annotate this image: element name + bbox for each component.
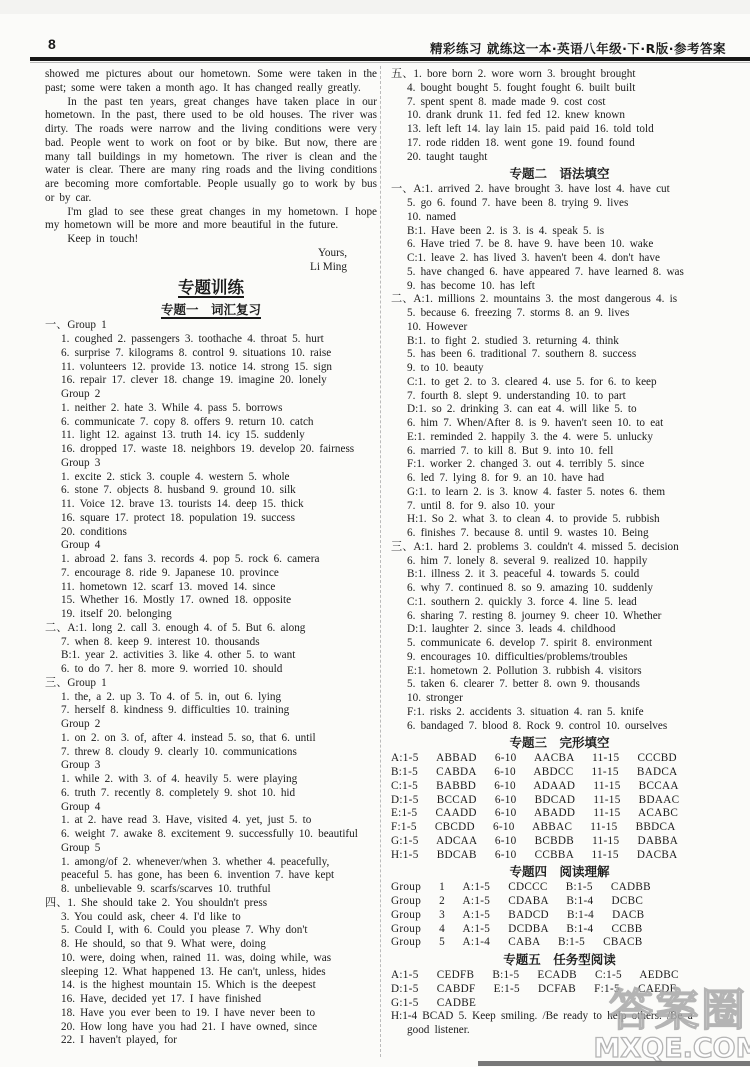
answer-line: 11. Voice 12. brave 13. tourists 14. dee… bbox=[45, 498, 377, 512]
column-divider bbox=[380, 66, 381, 1057]
answer-line: peaceful 5. has gone, has been 6. invent… bbox=[45, 869, 377, 883]
answer-line: 10. stronger bbox=[391, 692, 728, 706]
answer-line: 6. sharing 7. resting 8. journey 9. chee… bbox=[391, 610, 728, 624]
answer-line: Group 3 bbox=[45, 457, 377, 471]
answer-line: 5. communicate 6. develop 7. spirit 8. e… bbox=[391, 637, 728, 651]
subsection-heading: 专题三 完形填空 bbox=[391, 734, 728, 751]
answer-line: 16. square 17. protect 18. population 19… bbox=[45, 512, 377, 526]
answer-line: Group 4 bbox=[45, 539, 377, 553]
letter-paragraph: Keep in touch! bbox=[45, 233, 377, 247]
answer-line: 7. encourage 8. ride 9. Japanese 10. pro… bbox=[45, 567, 377, 581]
answer-line: 6. bandaged 7. blood 8. Rock 9. control … bbox=[391, 720, 728, 734]
answer-line: D:1. laughter 2. since 3. leads 4. child… bbox=[391, 623, 728, 637]
answer-line: 6. stone 7. objects 8. husband 9. ground… bbox=[45, 484, 377, 498]
answer-key-row: B:1-5 CABDA 6-10 ABDCC 11-15 BADCA bbox=[391, 766, 728, 780]
right-column: 五、1. bore born 2. wore worn 3. brought b… bbox=[391, 68, 728, 1038]
answer-line: B:1. illness 2. it 3. peaceful 4. toward… bbox=[391, 568, 728, 582]
answer-line: 1. excite 2. stick 3. couple 4. western … bbox=[45, 471, 377, 485]
answer-line: 11. volunteers 12. provide 13. notice 14… bbox=[45, 361, 377, 375]
answer-line: 二、A:1. millions 2. mountains 3. the most… bbox=[391, 293, 728, 307]
subsection-heading: 专题一 词汇复习 bbox=[45, 301, 377, 318]
answer-line: 7. herself 8. kindness 9. difficulties 1… bbox=[45, 704, 377, 718]
answer-line: 9. has become 10. has left bbox=[391, 280, 728, 294]
header-rule bbox=[30, 57, 750, 61]
answer-line: 三、Group 1 bbox=[45, 677, 377, 691]
answer-line: H:1. So 2. what 3. to clean 4. to provid… bbox=[391, 513, 728, 527]
answer-line: G:1. to learn 2. is 3. know 4. faster 5.… bbox=[391, 486, 728, 500]
answer-line: 1. among/of 2. whenever/when 3. whether … bbox=[45, 856, 377, 870]
answer-line: 6. him 7. lonely 8. several 9. realized … bbox=[391, 555, 728, 569]
watermark-site: MXQE.COM bbox=[593, 1034, 750, 1064]
answer-line: 22. I haven't played, for bbox=[45, 1034, 377, 1048]
page-number: 8 bbox=[48, 36, 56, 52]
answer-line: 1. while 2. with 3. of 4. heavily 5. wer… bbox=[45, 773, 377, 787]
answer-line: 1. on 2. on 3. of, after 4. instead 5. s… bbox=[45, 732, 377, 746]
answer-line: 3. You could ask, cheer 4. I'd like to bbox=[45, 911, 377, 925]
answer-line: 10. named bbox=[391, 211, 728, 225]
answer-line: C:1. leave 2. has lived 3. haven't been … bbox=[391, 252, 728, 266]
answer-line: 11. light 12. against 13. truth 14. icy … bbox=[45, 429, 377, 443]
answer-line: 16. Have, decided yet 17. I have finishe… bbox=[45, 993, 377, 1007]
answer-line: 1. neither 2. hate 3. While 4. pass 5. b… bbox=[45, 402, 377, 416]
answer-line: B:1. year 2. activities 3. like 4. other… bbox=[45, 649, 377, 663]
answer-line: 1. coughed 2. passengers 3. toothache 4.… bbox=[45, 333, 377, 347]
answer-line: 五、1. bore born 2. wore worn 3. brought b… bbox=[391, 68, 728, 82]
answer-line: Group 2 bbox=[45, 388, 377, 402]
answer-line: 7. until 8. for 9. also 10. your bbox=[391, 500, 728, 514]
answer-key-page: 8 精彩练习 就练这一本·英语八年级·下·R版·参考答案 showed me p… bbox=[0, 0, 750, 1067]
answer-line: H:1-4 BCAD 5. Keep smiling. /Be ready to… bbox=[391, 1010, 728, 1024]
answer-line: 5. taken 6. clearer 7. better 8. own 9. … bbox=[391, 678, 728, 692]
answer-line: 6. Have tried 7. be 8. have 9. have been… bbox=[391, 238, 728, 252]
answer-line: 二、A:1. long 2. call 3. enough 4. of 5. B… bbox=[45, 622, 377, 636]
left-column: showed me pictures about our hometown. S… bbox=[45, 68, 377, 1048]
answer-line: 10. However bbox=[391, 321, 728, 335]
answer-line: 6. why 7. continued 8. so 9. amazing 10.… bbox=[391, 582, 728, 596]
answer-line: 7. spent spent 8. made made 9. cost cost bbox=[391, 96, 728, 110]
answer-line: 19. itself 20. belonging bbox=[45, 608, 377, 622]
scan-margin bbox=[0, 0, 750, 14]
answer-line: 5. because 6. freezing 7. storms 8. an 9… bbox=[391, 307, 728, 321]
answer-key-row: G:1-5 ADCAA 6-10 BCBDB 11-15 DABBA bbox=[391, 835, 728, 849]
answer-line: 5. Could I, with 6. Could you please 7. … bbox=[45, 924, 377, 938]
answer-line: 1. at 2. have read 3. Have, visited 4. y… bbox=[45, 814, 377, 828]
letter-paragraph: I'm glad to see these great changes in m… bbox=[45, 206, 377, 234]
answer-line: 四、1. She should take 2. You shouldn't pr… bbox=[45, 897, 377, 911]
answer-line: 11. hometown 12. scarf 13. moved 14. sin… bbox=[45, 581, 377, 595]
subsection-heading: 专题四 阅读理解 bbox=[391, 863, 728, 880]
answer-line: E:1. hometown 2. Pollution 3. rubbish 4.… bbox=[391, 665, 728, 679]
answer-key-row: H:1-5 BDCAB 6-10 CCBBA 11-15 DACBA bbox=[391, 849, 728, 863]
answer-line: 6. surprise 7. kilograms 8. control 9. s… bbox=[45, 347, 377, 361]
answer-key-row: Group 3 A:1-5 BADCD B:1-4 DACB bbox=[391, 909, 728, 923]
answer-line: 9. encourages 10. difficulties/problems/… bbox=[391, 651, 728, 665]
answer-line: E:1. reminded 2. happily 3. the 4. were … bbox=[391, 431, 728, 445]
answer-line: 9. to 10. beauty bbox=[391, 362, 728, 376]
answer-line: 16. repair 17. clever 18. change 19. ima… bbox=[45, 374, 377, 388]
answer-line: 一、A:1. arrived 2. have brought 3. have l… bbox=[391, 183, 728, 197]
answer-line: 6. led 7. lying 8. for 9. an 10. have ha… bbox=[391, 472, 728, 486]
answer-line: 6. him 7. When/After 8. is 9. haven't se… bbox=[391, 417, 728, 431]
answer-line: Group 5 bbox=[45, 842, 377, 856]
letter-paragraph: showed me pictures about our hometown. S… bbox=[45, 68, 377, 96]
section-heading: 专题训练 bbox=[45, 277, 377, 299]
answer-key-row: D:1-5 CABDF E:1-5 DCFAB F:1-5 CAEDF bbox=[391, 983, 728, 997]
answer-line: 5. go 6. found 7. have been 8. trying 9.… bbox=[391, 197, 728, 211]
answer-line: D:1. so 2. drinking 3. can eat 4. will l… bbox=[391, 403, 728, 417]
answer-key-row: A:1-5 CEDFB B:1-5 ECADB C:1-5 AEDBC bbox=[391, 969, 728, 983]
answer-line: good listener. bbox=[391, 1024, 728, 1038]
answer-line: 6. finishes 7. because 8. until 9. waste… bbox=[391, 527, 728, 541]
answer-line: C:1. to get 2. to 3. cleared 4. use 5. f… bbox=[391, 376, 728, 390]
answer-line: 15. Whether 16. Mostly 17. owned 18. opp… bbox=[45, 594, 377, 608]
answer-key-row: Group 2 A:1-5 CDABA B:1-4 DCBC bbox=[391, 895, 728, 909]
letter-paragraph: In the past ten years, great changes hav… bbox=[45, 96, 377, 206]
answer-key-row: Group 1 A:1-5 CDCCC B:1-5 CADBB bbox=[391, 881, 728, 895]
answer-line: 7. fourth 8. slept 9. understanding 10. … bbox=[391, 390, 728, 404]
answer-line: 20. How long have you had 21. I have own… bbox=[45, 1021, 377, 1035]
answer-key-row: C:1-5 BABBD 6-10 ADAAD 11-15 BCCAA bbox=[391, 780, 728, 794]
answer-key-row: Group 5 A:1-4 CABA B:1-5 CBACB bbox=[391, 936, 728, 950]
answer-line: 6. communicate 7. copy 8. offers 9. retu… bbox=[45, 416, 377, 430]
answer-line: 6. to do 7. her 8. more 9. worried 10. s… bbox=[45, 663, 377, 677]
answer-line: 5. have changed 6. have appeared 7. have… bbox=[391, 266, 728, 280]
answer-line: 14. is the highest mountain 15. Which is… bbox=[45, 979, 377, 993]
answer-line: Group 4 bbox=[45, 801, 377, 815]
answer-line: 20. taught taught bbox=[391, 151, 728, 165]
answer-line: sleeping 12. What happened 13. He can't,… bbox=[45, 966, 377, 980]
answer-line: 10. drank drunk 11. fed fed 12. knew kno… bbox=[391, 109, 728, 123]
answer-line: Group 2 bbox=[45, 718, 377, 732]
answer-line: 6. weight 7. awake 8. excitement 9. succ… bbox=[45, 828, 377, 842]
answer-line: 1. abroad 2. fans 3. records 4. pop 5. r… bbox=[45, 553, 377, 567]
answer-line: 20. conditions bbox=[45, 526, 377, 540]
answer-line: B:1. Have been 2. is 3. is 4. speak 5. i… bbox=[391, 225, 728, 239]
answer-key-row: F:1-5 CBCDD 6-10 ABBAC 11-15 BBDCA bbox=[391, 821, 728, 835]
answer-line: 三、A:1. hard 2. problems 3. couldn't 4. m… bbox=[391, 541, 728, 555]
answer-line: 13. left left 14. lay lain 15. paid paid… bbox=[391, 123, 728, 137]
answer-line: 16. dropped 17. waste 18. neighbors 19. … bbox=[45, 443, 377, 457]
scan-edge-strip bbox=[478, 1061, 750, 1066]
answer-line: 1. the, a 2. up 3. To 4. of 5. in, out 6… bbox=[45, 691, 377, 705]
answer-line: F:1. risks 2. accidents 3. situation 4. … bbox=[391, 706, 728, 720]
subsection-heading: 专题五 任务型阅读 bbox=[391, 951, 728, 968]
answer-key-row: G:1-5 CADBE bbox=[391, 997, 728, 1011]
answer-line: 6. truth 7. recently 8. completely 9. sh… bbox=[45, 787, 377, 801]
answer-line: 7. when 8. keep 9. interest 10. thousand… bbox=[45, 636, 377, 650]
answer-line: 6. married 7. to kill 8. But 9. into 10.… bbox=[391, 445, 728, 459]
subsection-heading: 专题二 语法填空 bbox=[391, 165, 728, 182]
letter-signature: Li Ming bbox=[45, 261, 377, 275]
answer-line: 18. Have you ever been to 19. I have nev… bbox=[45, 1007, 377, 1021]
letter-signature: Yours, bbox=[45, 247, 377, 261]
book-title: 精彩练习 就练这一本·英语八年级·下·R版·参考答案 bbox=[430, 39, 726, 57]
answer-line: Group 3 bbox=[45, 759, 377, 773]
answer-line: 一、Group 1 bbox=[45, 319, 377, 333]
answer-line: 8. unbelievable 9. scarfs/scarves 10. tr… bbox=[45, 883, 377, 897]
answer-line: 10. were, doing when, rained 11. was, do… bbox=[45, 952, 377, 966]
answer-line: B:1. to fight 2. studied 3. returning 4.… bbox=[391, 335, 728, 349]
answer-line: 5. has been 6. traditional 7. southern 8… bbox=[391, 348, 728, 362]
answer-line: C:1. southern 2. quickly 3. force 4. lin… bbox=[391, 596, 728, 610]
answer-key-row: D:1-5 BCCAD 6-10 BDCAD 11-15 BDAAC bbox=[391, 794, 728, 808]
header-rule-thin bbox=[30, 62, 750, 63]
answer-key-row: A:1-5 ABBAD 6-10 AACBA 11-15 CCCBD bbox=[391, 752, 728, 766]
answer-line: 4. bought bought 5. fought fought 6. bui… bbox=[391, 82, 728, 96]
answer-key-row: Group 4 A:1-5 DCDBA B:1-4 CCBB bbox=[391, 923, 728, 937]
answer-line: 8. He should, so that 9. What were, doin… bbox=[45, 938, 377, 952]
answer-line: 7. threw 8. cloudy 9. clearly 10. commun… bbox=[45, 746, 377, 760]
answer-line: 17. rode ridden 18. went gone 19. found … bbox=[391, 137, 728, 151]
answer-line: F:1. worker 2. changed 3. out 4. terribl… bbox=[391, 458, 728, 472]
answer-key-row: E:1-5 CAADD 6-10 ABADD 11-15 ACABC bbox=[391, 807, 728, 821]
